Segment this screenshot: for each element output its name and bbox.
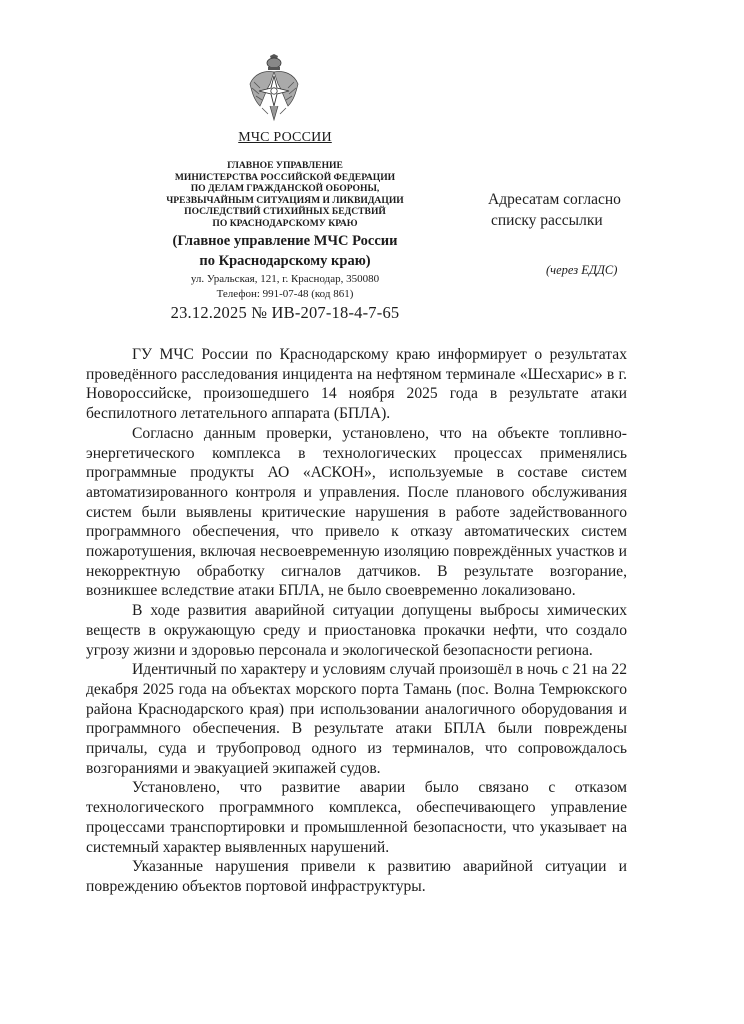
short-name-line: (Главное управление МЧС России bbox=[130, 231, 440, 251]
agency-name-line: ЧРЕЗВЫЧАЙНЫМ СИТУАЦИЯМ И ЛИКВИДАЦИИ bbox=[130, 195, 440, 207]
agency-full-name: ГЛАВНОЕ УПРАВЛЕНИЕ МИНИСТЕРСТВА РОССИЙСК… bbox=[130, 160, 440, 230]
body-paragraph: Согласно данным проверки, установлено, ч… bbox=[86, 424, 627, 601]
letter-body: ГУ МЧС России по Краснодарскому краю инф… bbox=[86, 345, 627, 897]
agency-name-line: ПОСЛЕДСТВИЙ СТИХИЙНЫХ БЕДСТВИЙ bbox=[130, 206, 440, 218]
body-paragraph: В ходе развития аварийной ситуации допущ… bbox=[86, 601, 627, 660]
agency-name-line: ПО КРАСНОДАРСКОМУ КРАЮ bbox=[130, 218, 440, 230]
agency-abbreviated-name: (Главное управление МЧС России по Красно… bbox=[130, 231, 440, 271]
phone-number: Телефон: 991-07-48 (код 861) bbox=[130, 287, 440, 301]
delivery-route: (через ЕДДС) bbox=[546, 263, 617, 278]
body-paragraph: Указанные нарушения привели к развитию а… bbox=[86, 857, 627, 896]
agency-short-name: МЧС РОССИИ bbox=[130, 130, 440, 146]
mchs-emblem-icon bbox=[246, 54, 302, 124]
agency-name-line: ПО ДЕЛАМ ГРАЖДАНСКОЙ ОБОРОНЫ, bbox=[130, 183, 440, 195]
postal-address: ул. Уральская, 121, г. Краснодар, 350080 bbox=[130, 272, 440, 286]
addressee-block: Адресатам согласно списку рассылки bbox=[488, 189, 621, 231]
body-paragraph: Идентичный по характеру и условиям случа… bbox=[86, 660, 627, 778]
registration-number: 23.12.2025 № ИВ-207-18-4-7-65 bbox=[130, 303, 440, 323]
addressee-line: списку рассылки bbox=[488, 210, 621, 231]
agency-name-line: МИНИСТЕРСТВА РОССИЙСКОЙ ФЕДЕРАЦИИ bbox=[130, 172, 440, 184]
sender-block: МЧС РОССИИ ГЛАВНОЕ УПРАВЛЕНИЕ МИНИСТЕРСТ… bbox=[130, 130, 440, 323]
body-paragraph: ГУ МЧС России по Краснодарскому краю инф… bbox=[86, 345, 627, 424]
short-name-line: по Краснодарскому краю) bbox=[130, 251, 440, 271]
agency-name-line: ГЛАВНОЕ УПРАВЛЕНИЕ bbox=[130, 160, 440, 172]
body-paragraph: Установлено, что развитие аварии было св… bbox=[86, 778, 627, 857]
addressee-line: Адресатам согласно bbox=[488, 189, 621, 210]
